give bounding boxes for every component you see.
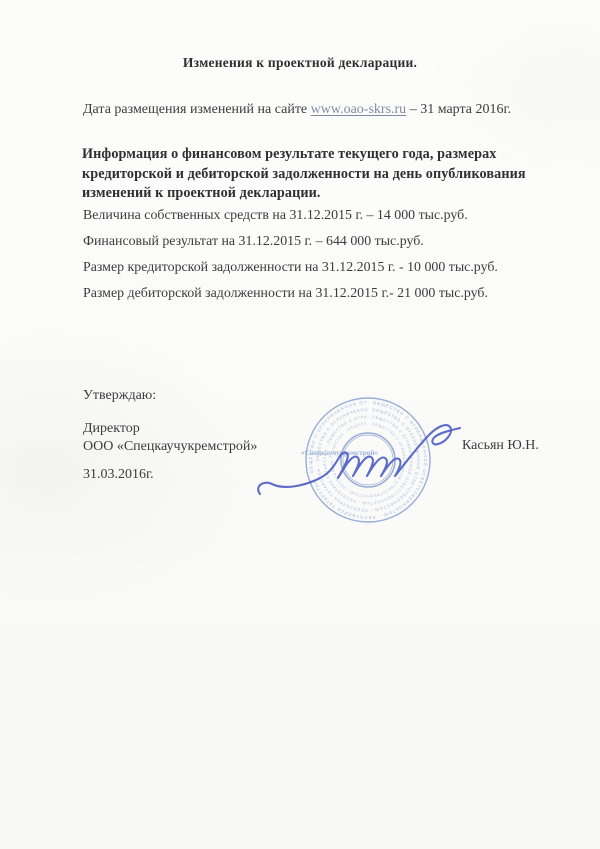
publish-date-line: Дата размещения изменений на сайте www.o… [83,102,553,118]
financial-line-debitor-debt: Размер дебиторской задолженности на 31.1… [83,286,563,302]
financial-line-creditor-debt: Размер кредиторской задолженности на 31.… [83,260,563,276]
financial-line-own-funds: Величина собственных средств на 31.12.20… [83,208,563,224]
director-position: Директор [83,420,257,438]
company-name: ООО «Спецкаучукремстрой» [83,438,257,456]
director-block: Директор ООО «Спецкаучукремстрой» [83,420,257,455]
signature [250,408,472,503]
approval-date: 31.03.2016г. [83,467,154,483]
signature-stroke [258,425,460,494]
publish-date-prefix: Дата размещения изменений на сайте [83,102,311,117]
signer-name: Касьян Ю.Н. [462,438,539,454]
publish-date-suffix: – 31 марта 2016г. [406,102,511,117]
page-title: Изменения к проектной декларации. [0,55,600,71]
financial-line-result: Финансовый результат на 31.12.2015 г. – … [83,234,563,250]
approve-label: Утверждаю: [83,388,156,404]
info-heading: Информация о финансовом результате текущ… [82,145,540,204]
site-link[interactable]: www.oao-skrs.ru [311,102,407,117]
